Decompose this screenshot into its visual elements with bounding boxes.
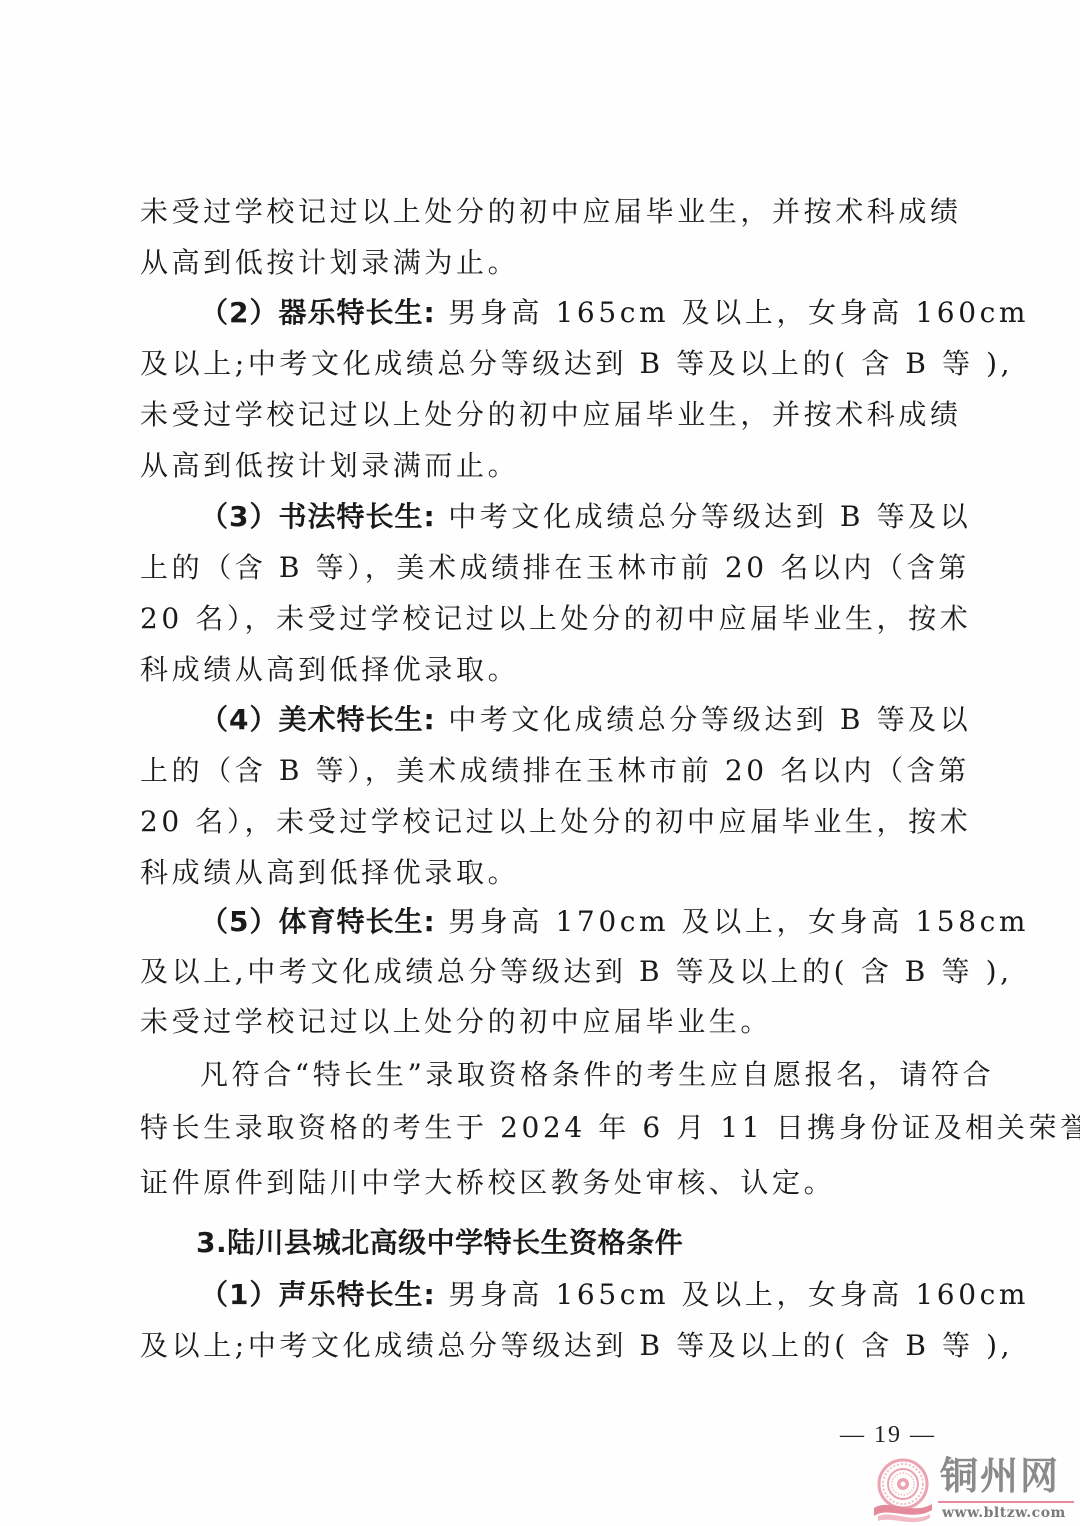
page-number: — 19 —	[840, 1420, 936, 1450]
site-watermark[interactable]: 铜州网 www.bltzw.com	[872, 1458, 1078, 1524]
pink-seal-wave-logo-icon	[872, 1458, 934, 1524]
body-line: 及以上,中考文化成绩总分等级达到 B 等及以上的( 含 B 等 ),	[140, 952, 940, 992]
body-line: 从高到低按计划录满为止。	[140, 243, 940, 283]
item-text: 男身高 165cm 及以上，女身高 160cm	[436, 296, 1029, 329]
body-line: 20 名），未受过学校记过以上处分的初中应届毕业生，按术	[140, 599, 940, 639]
section-heading: 3.陆川县城北高级中学特长生资格条件	[196, 1223, 796, 1263]
item-sports-line: （5）体育特长生: 男身高 170cm 及以上，女身高 158cm	[200, 902, 940, 942]
item-instrumental-line: （2）器乐特长生: 男身高 165cm 及以上，女身高 160cm	[200, 293, 940, 333]
body-line: 未受过学校记过以上处分的初中应届毕业生，并按术科成绩	[140, 395, 940, 435]
watermark-site-name: 铜州网	[940, 1454, 1060, 1498]
body-line: 证件原件到陆川中学大桥校区教务处审核、认定。	[140, 1163, 940, 1203]
body-line: 科成绩从高到低择优录取。	[140, 853, 940, 893]
item-text: 中考文化成绩总分等级达到 B 等及以	[436, 703, 972, 736]
item-label: （4）美术特长生:	[200, 703, 436, 736]
body-line: 从高到低按计划录满而止。	[140, 446, 940, 486]
item-label: （5）体育特长生:	[200, 905, 436, 938]
item-vocal-line: （1）声乐特长生: 男身高 165cm 及以上，女身高 160cm	[200, 1275, 940, 1315]
body-line: 及以上;中考文化成绩总分等级达到 B 等及以上的( 含 B 等 ),	[140, 344, 940, 384]
body-line: 特长生录取资格的考生于 2024 年 6 月 11 日携身份证及相关荣誉	[140, 1108, 940, 1148]
item-label: （3）书法特长生:	[200, 500, 436, 533]
item-text: 男身高 165cm 及以上，女身高 160cm	[436, 1278, 1029, 1311]
item-label: （2）器乐特长生:	[200, 296, 436, 329]
body-line: 上的（含 B 等），美术成绩排在玉林市前 20 名以内（含第	[140, 751, 940, 791]
body-line: 20 名），未受过学校记过以上处分的初中应届毕业生，按术	[140, 802, 940, 842]
item-art-line: （4）美术特长生: 中考文化成绩总分等级达到 B 等及以	[200, 700, 940, 740]
body-line: 上的（含 B 等），美术成绩排在玉林市前 20 名以内（含第	[140, 548, 940, 588]
item-text: 中考文化成绩总分等级达到 B 等及以	[436, 500, 972, 533]
watermark-url[interactable]: www.bltzw.com	[942, 1504, 1066, 1522]
body-line: 凡符合“特长生”录取资格条件的考生应自愿报名，请符合	[200, 1055, 940, 1095]
item-calligraphy-line: （3）书法特长生: 中考文化成绩总分等级达到 B 等及以	[200, 497, 940, 537]
document-page: 未受过学校记过以上处分的初中应届毕业生，并按术科成绩 从高到低按计划录满为止。 …	[0, 0, 1080, 1526]
body-line: 科成绩从高到低择优录取。	[140, 650, 940, 690]
item-label: （1）声乐特长生:	[200, 1278, 436, 1311]
body-line: 未受过学校记过以上处分的初中应届毕业生。	[140, 1002, 940, 1042]
watermark-divider	[938, 1501, 1074, 1503]
item-text: 男身高 170cm 及以上，女身高 158cm	[436, 905, 1029, 938]
body-line: 未受过学校记过以上处分的初中应届毕业生，并按术科成绩	[140, 192, 940, 232]
body-line: 及以上;中考文化成绩总分等级达到 B 等及以上的( 含 B 等 ),	[140, 1326, 940, 1366]
